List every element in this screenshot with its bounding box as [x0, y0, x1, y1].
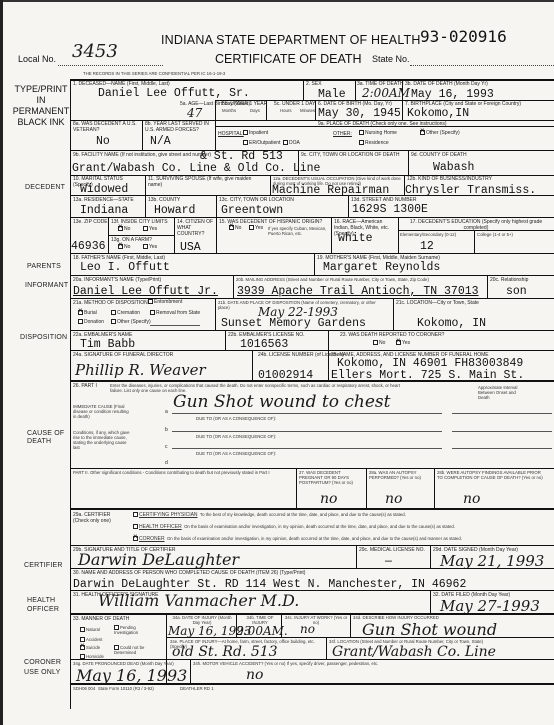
hospital-label: HOSPITAL:	[218, 131, 244, 137]
education-elem-label: Elementary/Secondary (0-12)	[400, 232, 456, 237]
pregnant-value: no	[320, 491, 337, 507]
checkbox-checked[interactable]	[133, 536, 138, 541]
date-of-death-label: 3b. DATE OF DEATH (Month Day Yr)	[405, 81, 488, 87]
agency-title: INDIANA STATE DEPARTMENT OF HEALTH	[161, 33, 421, 47]
part2-label: PART II. Other significant conditions - …	[73, 470, 293, 475]
method-other[interactable]: Other (Specify)	[111, 319, 151, 325]
checkbox-checked[interactable]	[396, 340, 401, 345]
checkbox[interactable]	[143, 226, 148, 231]
res-city-label: 13c. CITY, TOWN OR LOCATION	[219, 197, 294, 203]
hispanic-no[interactable]: No	[229, 225, 241, 231]
local-no-label: Local No.	[18, 54, 56, 64]
checkbox[interactable]	[111, 310, 116, 315]
footer-extra: DEATHLER RD 1	[180, 686, 214, 691]
manner-suicide[interactable]: Suicide	[80, 645, 100, 650]
reported-no[interactable]: No	[373, 340, 385, 346]
other-specify-option[interactable]: Other (Specify)	[420, 130, 460, 136]
year-served-value: N/A	[150, 135, 171, 148]
on-farm-yes[interactable]: Yes	[143, 244, 157, 250]
state-no-line	[410, 56, 554, 66]
state-form: State Form 10110 (R3 / 3-92)	[98, 686, 154, 691]
scan-edge-top	[0, 0, 554, 2]
embalmer-value: Tim Babb	[80, 338, 135, 351]
injury-place: old St. Rd. 513	[172, 644, 278, 660]
res-state-value: Indiana	[80, 204, 128, 217]
checkbox[interactable]	[133, 512, 138, 517]
certifier-license: —	[385, 555, 392, 568]
res-state-label: 13a. RESIDENCE—STATE	[73, 197, 134, 203]
other-label: OTHER:	[333, 131, 352, 137]
occupation-value: Machine Repairman	[272, 184, 389, 197]
interval-label: Approximate Interval Between Onset and D…	[478, 385, 528, 400]
on-farm-no[interactable]: No	[118, 244, 130, 250]
funeral-home-line2: Ellers Mort. 725 S. Main St.	[331, 369, 524, 382]
checkbox[interactable]	[80, 627, 85, 632]
checkbox[interactable]	[78, 319, 83, 324]
disposition-section-label: DISPOSITION	[20, 334, 67, 341]
checkbox[interactable]	[150, 310, 155, 315]
res-county-value: Howard	[154, 204, 195, 217]
spouse-label: 11. SURVIVING SPOUSE (If wife, give maid…	[148, 176, 258, 188]
manner-pending[interactable]: Pending Investigation	[114, 625, 159, 635]
scan-edge-left	[0, 0, 3, 725]
parents-section-label: PARENTS	[27, 263, 61, 270]
pregnant-label: 27. WAS DECEDENT PREGNANT OR 90 DAYS POS…	[299, 470, 363, 485]
checkbox-checked[interactable]	[80, 645, 85, 650]
checkbox-checked[interactable]	[78, 310, 83, 315]
certifier-section-label: CERTIFIER	[24, 562, 63, 569]
birthplace-value: Kokomo,IN	[407, 107, 469, 120]
checkbox[interactable]	[373, 340, 378, 345]
checkbox-checked[interactable]	[118, 244, 123, 249]
line-letter-b: b	[165, 427, 168, 433]
state-number-stamp: 93-020916	[420, 27, 507, 46]
autopsy-label: 28a. WAS AN AUTOPSY PERFORMED? (Yes or n…	[369, 470, 429, 480]
death-certificate: INDIANA STATE DEPARTMENT OF HEALTH CERTI…	[0, 0, 554, 725]
coroner-section-label: CORONER USE ONLY	[24, 658, 74, 678]
certifier-option-physician[interactable]: CERTIFYING PHYSICIAN To the best of my k…	[133, 512, 406, 518]
res-street-value: 1629S 1300E	[352, 203, 428, 216]
checkbox-checked[interactable]	[118, 226, 123, 231]
due-to-b: DUE TO (OR AS A CONSEQUENCE OF):	[196, 434, 276, 439]
method-entombment[interactable]: Entombment	[148, 299, 182, 305]
father-value: Leo I. Offutt	[80, 261, 170, 274]
autopsy-findings-value: no	[463, 491, 480, 507]
vehicle-label: 34h. MOTOR VEHICLE ACCIDENT? (Yes or no)…	[193, 661, 378, 666]
citizen-value: USA	[180, 241, 201, 254]
method-cremation[interactable]: Cremation	[111, 310, 140, 316]
county-of-death: Wabash	[433, 161, 474, 174]
education-college-label: College (1-4 or 5+)	[477, 232, 513, 237]
sex-label: 2. SEX	[306, 81, 322, 87]
under-1-day-hours: Hours	[280, 108, 291, 113]
fd-signature: Phillip R. Weaver	[75, 361, 206, 379]
city-of-death-label: 9c. CITY, TOWN OR LOCATION OF DEATH	[301, 152, 399, 158]
form-code: SDH06 004	[73, 686, 95, 691]
vehicle-value: no	[246, 667, 263, 683]
checkbox[interactable]	[243, 140, 248, 145]
race-value: white	[338, 232, 373, 245]
injury-location: Grant/Wabash Co. Line	[332, 644, 496, 660]
hispanic-note: If yes specify Cuban, Mexican, Puerto Ri…	[268, 226, 330, 236]
under-1-day-label: 5c. UNDER 1 DAY	[274, 101, 315, 107]
checkbox[interactable]	[114, 645, 119, 650]
informant-section-label: INFORMANT	[25, 282, 68, 289]
checkbox[interactable]	[249, 225, 254, 230]
education-label: 17. DECEDENT'S EDUCATION (Specify only h…	[401, 219, 551, 231]
completer-label: 30. NAME AND ADDRESS OF PERSON WHO COMPL…	[73, 570, 305, 576]
deceased-name: Daniel Lee Offutt, Sr.	[98, 87, 250, 100]
autopsy-findings-label: 28b. WERE AUTOPSY FINDINGS AVAILABLE PRI…	[437, 470, 547, 480]
inside-city-no[interactable]: No	[118, 226, 130, 232]
facility-label: 9b. FACILITY NAME (If not institution, g…	[73, 152, 211, 158]
informant-name: Daniel Lee Offutt Jr.	[73, 285, 218, 298]
how-value: Gun Shot wound	[362, 620, 497, 639]
facility-line2: Grant/Wabash Co. Line & Old Co. Line	[72, 162, 320, 175]
injury-time: 2:00AM.	[236, 624, 288, 638]
residence-option[interactable]: Residence	[359, 140, 389, 146]
manner-undetermined[interactable]: Could not be Determined	[114, 645, 159, 655]
checkbox[interactable]	[243, 130, 248, 135]
res-county-label: 13b. COUNTY	[148, 197, 180, 203]
veteran-label: 8a. WAS DECEDENT A U.S. VETERAN?	[73, 121, 138, 133]
hospital-doa-option[interactable]: DOA	[283, 140, 300, 146]
hispanic-yes[interactable]: Yes	[249, 225, 263, 231]
decedent-section-label: DECEDENT	[25, 184, 65, 191]
county-of-death-label: 9d. COUNTY OF DEATH	[411, 152, 467, 158]
under-1-year-label: 5b. UNDER 1 YEAR	[222, 101, 267, 107]
veteran-value: No	[96, 135, 110, 148]
education-elem-value: 12	[420, 240, 434, 253]
under-1-year-days: Days	[250, 108, 260, 113]
immediate-cause-label: IMMEDIATE CAUSE (Final disease or condit…	[73, 404, 133, 419]
marital-value: Widowed	[80, 183, 128, 196]
checkbox[interactable]	[80, 654, 85, 659]
checkbox[interactable]	[283, 140, 288, 145]
informant-name-label: 20a. INFORMANT'S NAME (Type/Print)	[73, 277, 161, 283]
method-label: 21a. METHOD OF DISPOSITION	[73, 300, 148, 306]
checkbox[interactable]	[359, 140, 364, 145]
checkbox[interactable]	[143, 244, 148, 249]
manner-label: 33. MANNER OF DEATH	[73, 616, 129, 622]
health-officer-section-label: HEALTH OFFICER	[27, 596, 67, 614]
method-burial[interactable]: Burial	[78, 310, 97, 316]
hospital-inpatient-option[interactable]: Inpatient	[243, 130, 268, 136]
method-removal[interactable]: Removal from State	[150, 310, 200, 316]
autopsy-value: no	[385, 491, 402, 507]
certifier-option-coroner[interactable]: CORONER On the basis of examination and/…	[133, 536, 462, 542]
nursing-home-option[interactable]: Nursing Home	[359, 130, 397, 136]
checkbox-checked[interactable]	[420, 130, 425, 135]
certifier-option-health-officer[interactable]: HEALTH OFFICER On the basis of examinati…	[133, 524, 455, 530]
part1-label: 26. PART I	[73, 383, 97, 389]
date-of-death: May 16, 1993	[411, 88, 494, 101]
form-title: CERTIFICATE OF DEATH	[215, 52, 362, 66]
due-to-c: DUE TO (OR AS A CONSEQUENCE OF):	[196, 451, 276, 456]
certifier-type-label: 29a. CERTIFIER (Check only one)	[73, 512, 123, 524]
year-served-label: 8b. YEAR LAST SERVED IN U.S. ARMED FORCE…	[145, 121, 213, 133]
res-city-value: Greentown	[221, 204, 283, 217]
checkbox[interactable]	[133, 524, 138, 529]
checkbox-checked[interactable]	[229, 225, 234, 230]
disposition-location: Kokomo, IN	[417, 317, 486, 330]
checkbox[interactable]	[148, 299, 153, 304]
method-donation[interactable]: Donation	[78, 319, 104, 325]
relationship-label: 20c. Relationship	[490, 277, 528, 283]
manner-natural[interactable]: Natural	[80, 627, 100, 632]
line-letter-a: a	[165, 409, 168, 415]
type-print-label: TYPE/PRINT IN PERMANENT BLACK INK	[12, 84, 70, 128]
reported-yes[interactable]: Yes	[396, 340, 410, 346]
cause-section-label: CAUSE OF DEATH	[27, 430, 67, 446]
pronounced-value: May 16, 1993	[76, 666, 187, 685]
citizen-label: 14. CITIZEN OF WHAT COUNTRY?	[177, 219, 215, 237]
line-letter-d: d	[165, 460, 168, 466]
industry-label: 12b. KIND OF BUSINESS/INDUSTRY	[407, 176, 492, 182]
place-of-death-label: 9a. PLACE OF DEATH (Check only one. See …	[318, 121, 447, 127]
dob-value: May 30, 1945	[318, 107, 401, 120]
certifier-license-label: 29c. MEDICAL LICENSE NO.	[359, 547, 425, 553]
inside-city-yes[interactable]: Yes	[143, 226, 157, 232]
informant-address: 3939 Apache Trail Antioch, TN 37013	[237, 285, 479, 298]
under-1-day-minutes: Minutes	[300, 108, 315, 113]
relationship-value: son	[506, 285, 527, 298]
fd-signature-label: 24a. SIGNATURE OF FUNERAL DIRECTOR	[73, 352, 173, 358]
line-letter-c: c	[165, 444, 168, 450]
due-to-a: DUE TO (OR AS A CONSEQUENCE OF):	[196, 416, 276, 421]
time-of-death: 2:00AM	[362, 86, 410, 100]
state-no-label: State No.	[372, 54, 410, 64]
manner-homicide[interactable]: Homicide	[80, 654, 104, 659]
zip-label: 13e. ZIP CODE	[73, 219, 108, 225]
sex-value: Male	[318, 88, 346, 101]
certifier-signature: Darwin DeLaughter	[78, 550, 239, 569]
fd-license: 01002914	[258, 369, 313, 382]
local-no-value: 3453	[72, 41, 118, 62]
informant-address-label: 20b. MAILING ADDRESS (Street and Number …	[236, 277, 429, 282]
health-officer-signature: William Vanmacher M.D.	[98, 591, 299, 610]
at-work-label: 34c. INJURY AT WORK? (Yes or no)	[284, 615, 348, 625]
cause-line-a: Gun Shot wound to chest	[173, 392, 390, 412]
zip-value: 46936	[71, 240, 106, 253]
under-1-year-months: Months	[222, 108, 236, 113]
reported-coroner-label: 23. WAS DEATH REPORTED TO CORONER?	[340, 332, 444, 338]
embalmer-license: 1016563	[240, 338, 288, 351]
disposition-place: Sunset Memory Gardens	[221, 317, 366, 330]
at-work-value: no	[300, 622, 315, 636]
checkbox[interactable]	[111, 319, 116, 324]
conditions-label: Conditions, if any, which gave rise to t…	[73, 430, 133, 450]
age-value: 47	[187, 106, 202, 120]
disposition-location-label: 21c. LOCATION—City or Town, State	[396, 300, 479, 306]
checkbox[interactable]	[359, 130, 364, 135]
hospital-er-option[interactable]: ER/Outpatient	[243, 140, 280, 146]
industry-value: Chrysler Transmiss.	[405, 184, 536, 197]
confidential-note: THE RECORDS IN THIS SERIES ARE CONFIDENT…	[83, 71, 225, 76]
mother-value: Margaret Reynolds	[323, 261, 440, 274]
checkbox[interactable]	[114, 625, 119, 630]
